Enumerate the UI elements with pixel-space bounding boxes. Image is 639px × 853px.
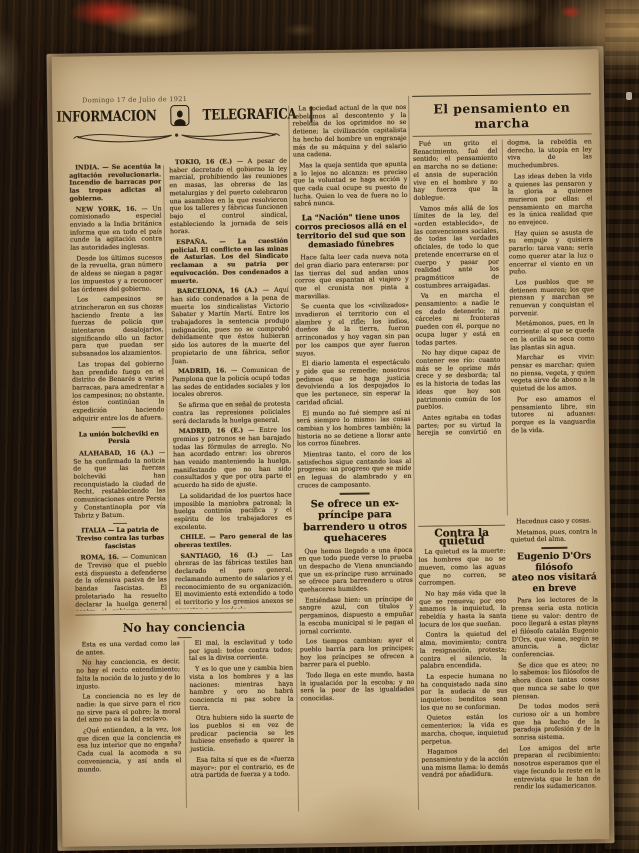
paragraph: No hay conciencia, es decir, no hay el r… [76, 659, 180, 691]
headline-contra-la-quietud: Contra la quietud [418, 525, 505, 547]
no-hay-conciencia-body: Esta es una verdad como las de antes.No … [76, 639, 295, 810]
paragraph: No hay más vida que la que se renueva; p… [419, 589, 507, 629]
paragraph: Que hemos llegado a una época en que tod… [298, 546, 413, 594]
paragraph: El diario lamenta el espectáculo y pide … [296, 359, 411, 407]
paragraph: Esta es una verdad como las de antes. [76, 640, 180, 657]
headline-eugenio-dors: Eugenio D'Ors filósofo ateo nos visitará… [510, 546, 598, 594]
paragraph: Quietos están los cementerios; la vida e… [421, 714, 508, 746]
paragraph: MADRID, 16 (E.) — Entre los gremios y pa… [173, 427, 292, 490]
paragraph: Las ideas deben la vida a quienes las pe… [508, 172, 593, 227]
paragraph: Y es lo que une y cambia bien vista a lo… [189, 665, 294, 713]
paragraph: Va en marcha el pensamiento: a nadie le … [415, 292, 500, 347]
headline-se-ofrece-ex-principe: Se ofrece un ex-príncipe para barrendero… [298, 491, 413, 545]
paragraph: Los amigos del arte preparan el recibimi… [513, 744, 601, 791]
paragraph: Hagamos del pensamiento y de la acción u… [421, 748, 508, 780]
paragraph: Metamos, pues, contra la quietud del alm… [510, 528, 597, 545]
column-2-telegraphic-items: TOKIO, 16 (E.) — A pesar de haber decret… [169, 158, 293, 610]
paragraph: No hay dique capaz de contener ese río: … [416, 349, 501, 412]
paragraph: TOKIO, 16 (E.) — A pesar de haber decret… [169, 158, 288, 237]
paragraph: Los campesinos se atrincheraron en sus c… [71, 296, 164, 359]
paragraph: SANTIAGO, 16 (I.) — Las obreras de las f… [174, 551, 293, 609]
paragraph: Mientras tanto, el coro de los satisfech… [297, 450, 412, 490]
headline-eugenio-line2: ateo nos visitará en breve [512, 571, 597, 593]
flourish-ornament-icon [72, 126, 282, 145]
paragraph: Otra hubiera sido la suerte de los puebl… [190, 714, 295, 754]
paragraph: BARCELONA, 16 (A.) — Aquí han sido conde… [171, 287, 290, 366]
paragraph: Para los lectores de la prensa seria est… [511, 596, 599, 659]
article-contra-la-quietud: Contra la quietud La quietud es la muert… [418, 525, 509, 812]
column-3: La sociedad actual de la que nos rebelam… [292, 104, 416, 812]
paragraph: Hacednos caso y cosas. [510, 517, 597, 526]
paragraph: Fué un grito el Renacimiento, fué del se… [413, 140, 498, 203]
sub-headline: ITALIA — La patria de Treviso contra las… [76, 523, 164, 551]
paragraph: Los pueblos que se detienen mueren; los … [509, 278, 594, 318]
paragraph: INDIA. — Se acentúa la agitación revoluc… [69, 163, 162, 203]
paragraph: Contra la quietud del alma, movimiento; … [420, 631, 508, 671]
paragraph: ESPAÑA. — La cuestión policial. El confl… [170, 238, 289, 286]
column-1-telegraphic-items: INDIA. — Se acentúa la agitación revoluc… [69, 163, 167, 610]
paragraph: Se cuenta que los «civilizados» invadier… [295, 302, 410, 358]
paragraph: NEW YORK, 16. — Un comisionado especial … [70, 205, 163, 252]
sub-headline: La unión bolcheviki en Persia [75, 426, 163, 447]
paragraph: MADRID, 16. — Comunican de Pamplona que … [172, 367, 290, 399]
paragraph: Mas la queja sentida que apunta a lo lej… [293, 161, 408, 209]
paragraph: Vamos más allá de los límites de la ley,… [414, 204, 500, 290]
paragraph: CHILE. — Paro general de las obreras tex… [174, 533, 292, 550]
portrait-emblem-icon [171, 105, 190, 126]
paragraph: De todos modos será curioso oír a un hom… [513, 703, 601, 743]
headline-no-hay-conciencia: No hay conciencia [75, 612, 292, 640]
paragraph: Se dice que es ateo; no lo sabemos: los … [512, 661, 600, 701]
paragraph: Hay quien se asusta de su empuje y quisi… [508, 229, 593, 276]
newspaper-page: Domingo 17 de Julio de 1921 INFORMACION … [52, 49, 610, 847]
paragraph: La quietud es la muerte: los hombres que… [418, 548, 506, 588]
paragraph: La especie humana no ha conquistado nada… [420, 673, 508, 713]
paragraph: Entiéndase bien: un príncipe de sangre a… [299, 596, 414, 636]
paragraph: La sociedad actual de la que nos rebelam… [292, 104, 407, 160]
paragraph: ALAHABAD, 16 (A.) — Se ha confirmado la … [73, 449, 166, 520]
bold-inset-la-nacion: La "Nación" tiene unos corros preciosos … [295, 212, 407, 250]
pensamiento-body: Fué un grito el Renacimiento, fué del se… [413, 138, 597, 516]
paragraph: ROMA, 16. — Comunican de Treviso que el … [74, 554, 167, 611]
paragraph: Metámonos, pues, en la corriente: el que… [510, 320, 595, 352]
paragraph: La conciencia no es ley de nadie: la que… [76, 692, 180, 724]
article-eugenio-dors: Hacednos caso y cosas.Metamos, pues, con… [510, 517, 601, 810]
headline-el-pensamiento-en-marcha: El pensamiento en marcha [412, 93, 592, 136]
paragraph: ¿Qué entienden, a la vez, los que dicen … [77, 726, 182, 774]
headline-eugenio-line1: Eugenio D'Ors filósofo [517, 550, 591, 572]
masthead-left-bars-icon [41, 109, 43, 125]
paragraph: Las tropas del gobierno han prendido fue… [72, 360, 165, 423]
paint-chip [626, 92, 632, 100]
photo-scene: Domingo 17 de Julio de 1921 INFORMACION … [0, 0, 639, 853]
paragraph: Hace falta leer cada nueva nota del gran… [294, 253, 409, 301]
paragraph: Marchar es vivir: pensar es marchar; qui… [510, 354, 595, 394]
paragraph: Todo llega en este mundo, hasta la igual… [300, 671, 414, 703]
masthead-word-right: TELEGRAFICA [203, 105, 297, 123]
paragraph: La solidaridad de los puertos hace impos… [174, 491, 293, 531]
dateline: Domingo 17 de Julio de 1921 [82, 95, 187, 104]
paragraph: Desde los últimos sucesos de la revuelta… [70, 254, 163, 294]
paragraph: Por eso amamos el pensamiento libre, sin… [511, 395, 596, 435]
paragraph: Se afirma que en señal de protesta contr… [172, 401, 290, 426]
article-el-pensamiento-en-marcha: El pensamiento en marcha Fué un grito el… [412, 93, 597, 516]
article-no-hay-conciencia: No hay conciencia Esta es una verdad com… [75, 612, 295, 817]
paragraph: Esa falta sí que es de «fuerza mayor»: p… [190, 755, 294, 780]
paragraph: El mundo no fué siempre así ni será siem… [296, 408, 411, 448]
masthead-word-left: INFORMACION [57, 107, 157, 125]
paragraph: El mal, la esclavitud y todo por igual: … [189, 639, 293, 664]
paragraph: Los tiempos cambian: ayer el pueblo barr… [300, 637, 414, 669]
